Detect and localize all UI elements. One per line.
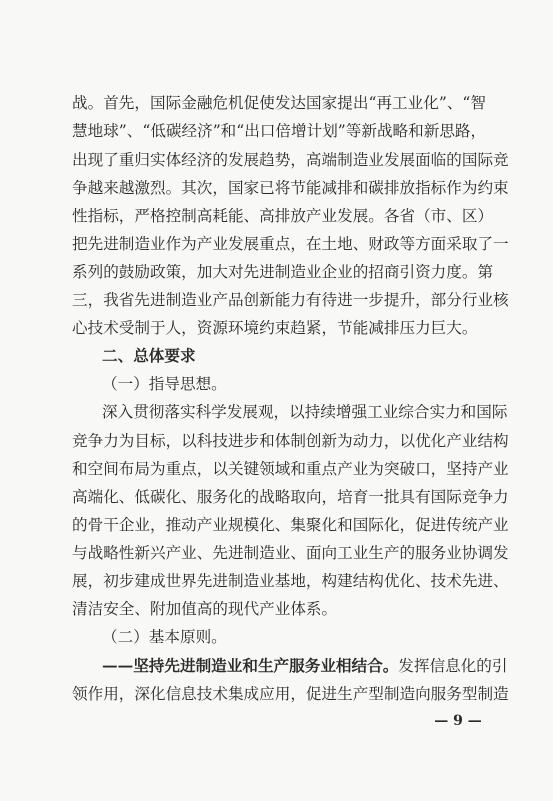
principle-title: ——坚持先进制造业和生产服务业相结合。 (102, 656, 398, 676)
paragraph-line: 争越来越激烈。其次，国家已将节能减排和碳排放指标作为约束 (72, 178, 486, 198)
paragraph-line: 深入贯彻落实科学发展观，以持续增强工业综合实力和国际 (102, 402, 486, 422)
subsection-heading: （二）基本原则。 (102, 627, 486, 647)
paragraph-line: 系列的鼓励政策，加大对先进制造业企业的招商引资力度。第 (72, 262, 486, 282)
paragraph-line: 竞争力为目标，以科技进步和体制创新为动力，以优化产业结构 (72, 431, 486, 451)
paragraph-line: 高端化、低碳化、服务化的战略取向，培育一批具有国际竞争力 (72, 487, 486, 507)
paragraph-line: 三，我省先进制造业产品创新能力有待进一步提升，部分行业核 (72, 290, 486, 310)
paragraph-line: 心技术受制于人，资源环境约束趋紧，节能减排压力巨大。 (72, 318, 486, 338)
paragraph-line: 战。首先，国际金融危机促使发达国家提出“再工业化”、“智 (72, 93, 486, 113)
section-heading: 二、总体要求 (102, 346, 486, 366)
principle-line: ——坚持先进制造业和生产服务业相结合。 发挥信息化的引 (102, 656, 486, 676)
principle-text: 发挥信息化的引 (398, 656, 507, 676)
paragraph-line: 的骨干企业，推动产业规模化、集聚化和国际化，促进传统产业 (72, 515, 486, 535)
page-number: — 9 — (433, 711, 483, 731)
paragraph-line: 性指标，严格控制高耗能、高排放产业发展。各省（市、区） (72, 206, 486, 226)
paragraph-line: 清洁安全、附加值高的现代产业体系。 (72, 599, 486, 619)
paragraph-line: 和空间布局为重点，以关键领域和重点产业为突破口，坚持产业 (72, 459, 486, 479)
paragraph-line: 慧地球”、“低碳经济”和“出口倍增计划”等新战略和新思路， (72, 121, 486, 141)
document-page: 战。首先，国际金融危机促使发达国家提出“再工业化”、“智 慧地球”、“低碳经济”… (0, 0, 553, 801)
paragraph-line: 展，初步建成世界先进制造业基地，构建结构优化、技术先进、 (72, 571, 486, 591)
subsection-heading: （一）指导思想。 (102, 374, 486, 394)
paragraph-line: 领作用，深化信息技术集成应用，促进生产型制造向服务型制造 (72, 684, 486, 704)
paragraph-line: 出现了重归实体经济的发展趋势，高端制造业发展面临的国际竞 (72, 150, 486, 170)
paragraph-line: 把先进制造业作为产业发展重点，在土地、财政等方面采取了一 (72, 234, 486, 254)
paragraph-line: 与战略性新兴产业、先进制造业、面向工业生产的服务业协调发 (72, 543, 486, 563)
